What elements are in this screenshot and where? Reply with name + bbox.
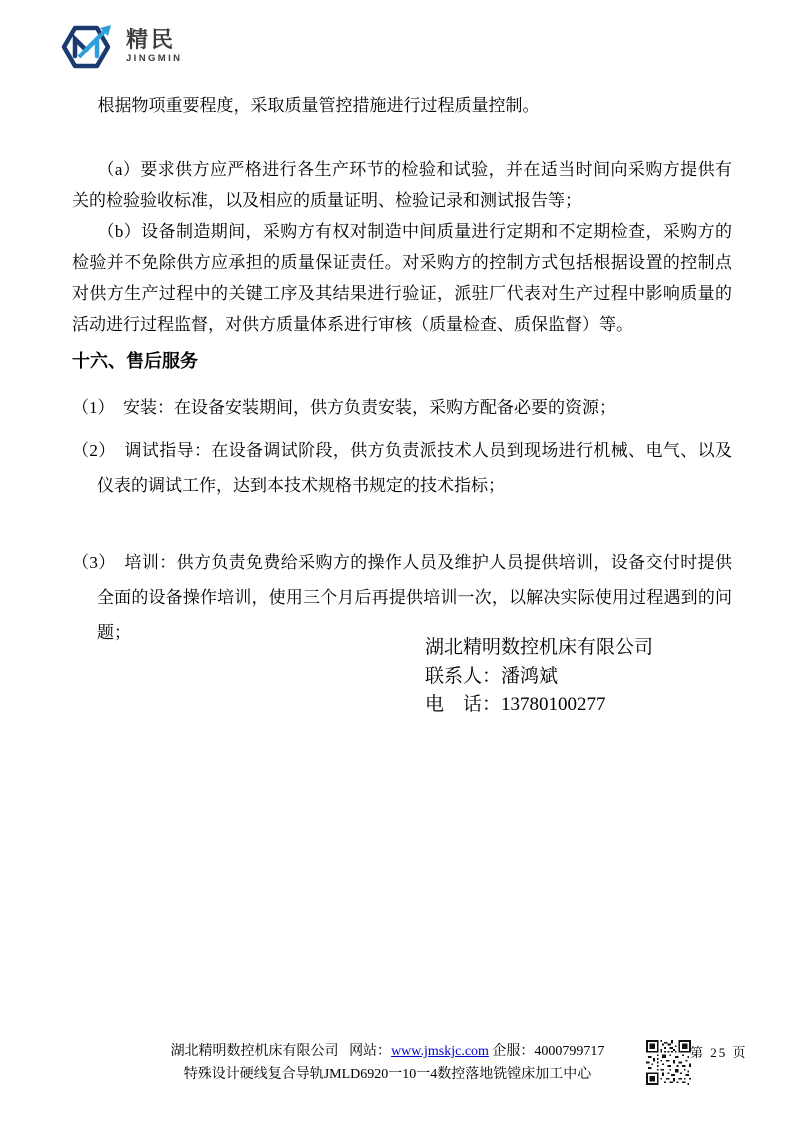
paragraph-b: （b）设备制造期间，采购方有权对制造中间质量进行定期和不定期检查，采购方的检验并… — [72, 216, 732, 340]
website-label: 网站： — [349, 1044, 391, 1059]
footer-company: 湖北精明数控机床有限公司 — [171, 1044, 339, 1059]
service-item-1: （1） 安装：在设备安装期间，供方负责安装，采购方配备必要的资源； — [72, 390, 732, 425]
section-heading: 十六、售后服务 — [72, 346, 732, 376]
service-number: 4000799717 — [534, 1044, 604, 1059]
signature-phone: 电 话：13780100277 — [425, 691, 653, 720]
signature-company: 湖北精明数控机床有限公司 — [425, 634, 653, 663]
signature-block: 湖北精明数控机床有限公司 联系人：潘鸿斌 电 话：13780100277 — [425, 634, 653, 720]
website-link[interactable]: www.jmskjc.com — [391, 1044, 489, 1059]
brand-name-cn: 精民 — [126, 29, 182, 51]
company-logo: 精民 JINGMIN — [60, 20, 182, 72]
page-number: 第 25 页 — [690, 1042, 748, 1061]
service-item-2: （2） 调试指导：在设备调试阶段，供方负责派技术人员到现场进行机械、电气、以及仪… — [72, 433, 732, 503]
document-body: 根据物项重要程度，采取质量管控措施进行过程质量控制。 （a）要求供方应严格进行各… — [72, 90, 732, 658]
intro-paragraph: 根据物项重要程度，采取质量管控措施进行过程质量控制。 — [72, 90, 732, 121]
jm-hexagon-icon — [60, 20, 118, 72]
brand-name-en: JINGMIN — [126, 54, 182, 64]
service-label: 企服： — [492, 1044, 534, 1059]
document-page: 精民 JINGMIN 根据物项重要程度，采取质量管控措施进行过程质量控制。 （a… — [0, 0, 800, 1133]
paragraph-a: （a）要求供方应严格进行各生产环节的检验和试验，并在适当时间向采购方提供有关的检… — [72, 154, 732, 216]
logo-text: 精民 JINGMIN — [126, 29, 182, 64]
signature-contact: 联系人：潘鸿斌 — [425, 663, 653, 692]
qr-code-icon — [646, 1040, 691, 1085]
